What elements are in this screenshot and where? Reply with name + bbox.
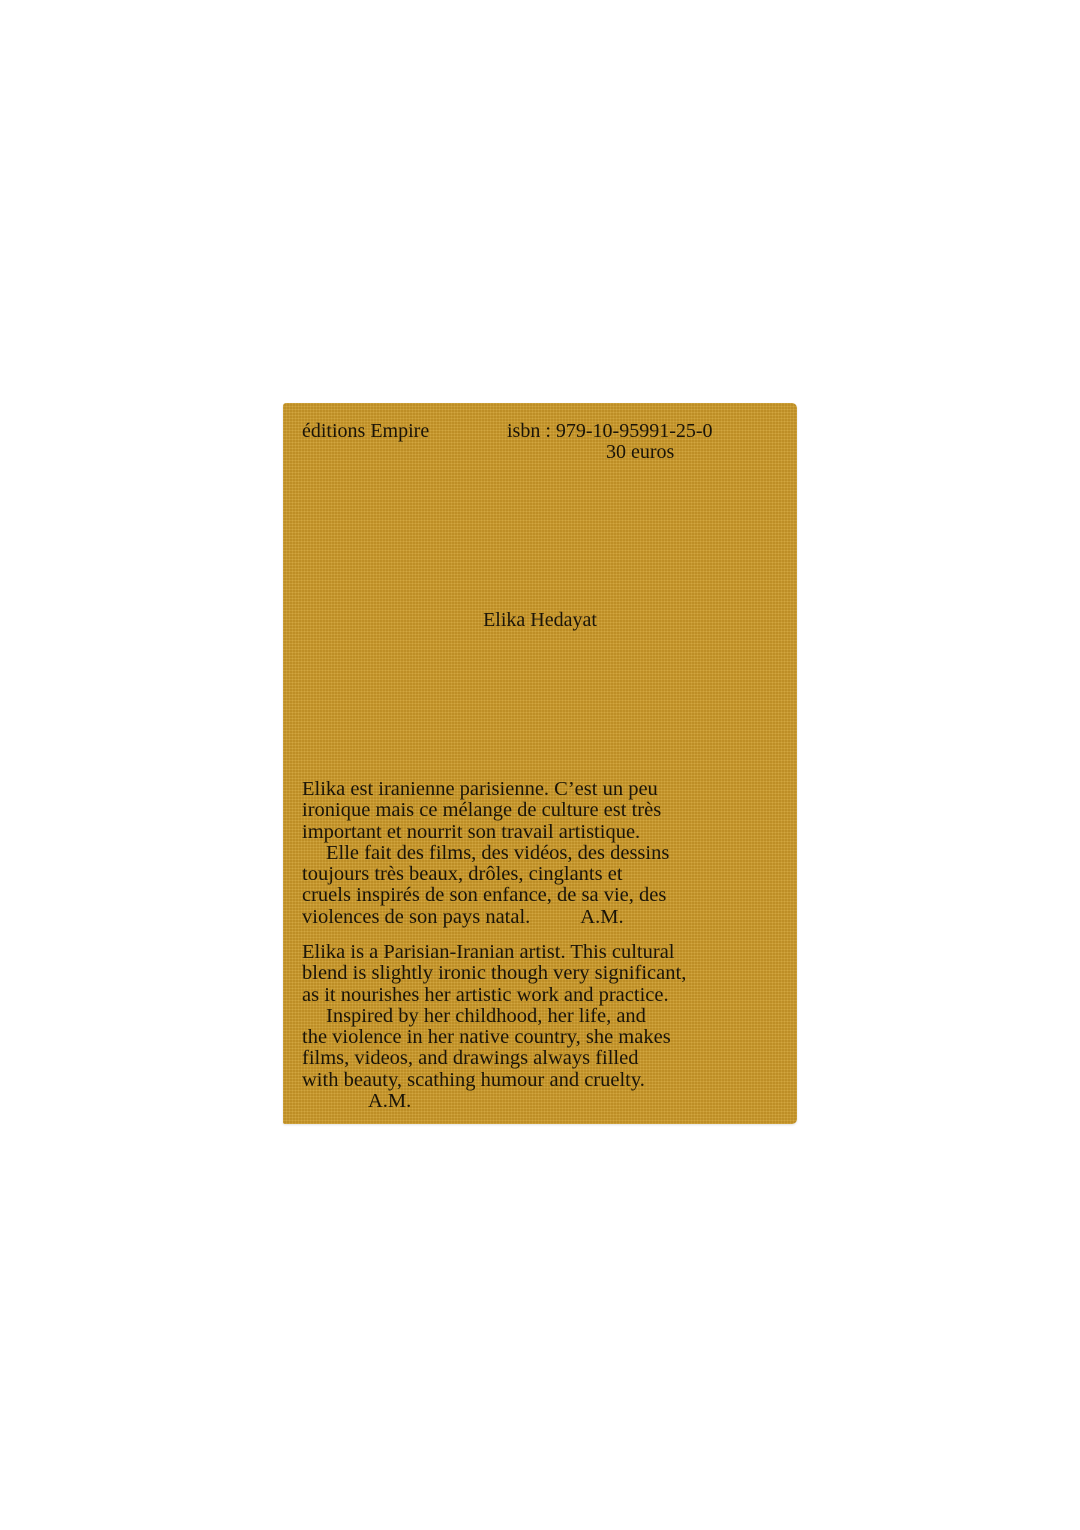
blurb-line-text: violences de son pays natal. — [302, 906, 530, 928]
book-back-cover: éditions Empire isbn : 979-10-95991-25-0… — [283, 403, 797, 1124]
price: 30 euros — [606, 441, 674, 463]
blurb-signature: A.M. — [302, 1091, 772, 1112]
blurb-line: Elika est iranienne parisienne. C’est un… — [302, 779, 772, 800]
isbn: isbn : 979-10-95991-25-0 — [507, 420, 713, 442]
blurb-line: Elle fait des films, des vidéos, des des… — [302, 843, 772, 864]
blurb-line: with beauty, scathing humour and cruelty… — [302, 1070, 772, 1091]
blurb-line: toujours très beaux, drôles, cinglants e… — [302, 864, 772, 885]
blurb-line: ironique mais ce mélange de culture est … — [302, 800, 772, 821]
blurb-line: Elika is a Parisian-Iranian artist. This… — [302, 942, 772, 963]
blurb-english: Elika is a Parisian-Iranian artist. This… — [302, 942, 772, 1112]
blurb-line: cruels inspirés de son enfance, de sa vi… — [302, 885, 772, 906]
author-name: Elika Hedayat — [283, 609, 797, 631]
blurb-line: as it nourishes her artistic work and pr… — [302, 985, 772, 1006]
blurb-signature: A.M. — [580, 906, 623, 928]
blurb-line-last: violences de son pays natal.A.M. — [302, 907, 772, 928]
blurb-french: Elika est iranienne parisienne. C’est un… — [302, 779, 772, 928]
publisher-name: éditions Empire — [302, 420, 429, 442]
blurb-line: films, videos, and drawings always fille… — [302, 1048, 772, 1069]
blurb-line: blend is slightly ironic though very sig… — [302, 963, 772, 984]
blurb-line: important et nourrit son travail artisti… — [302, 822, 772, 843]
blurb-line: Inspired by her childhood, her life, and — [302, 1006, 772, 1027]
blurb-line: the violence in her native country, she … — [302, 1027, 772, 1048]
